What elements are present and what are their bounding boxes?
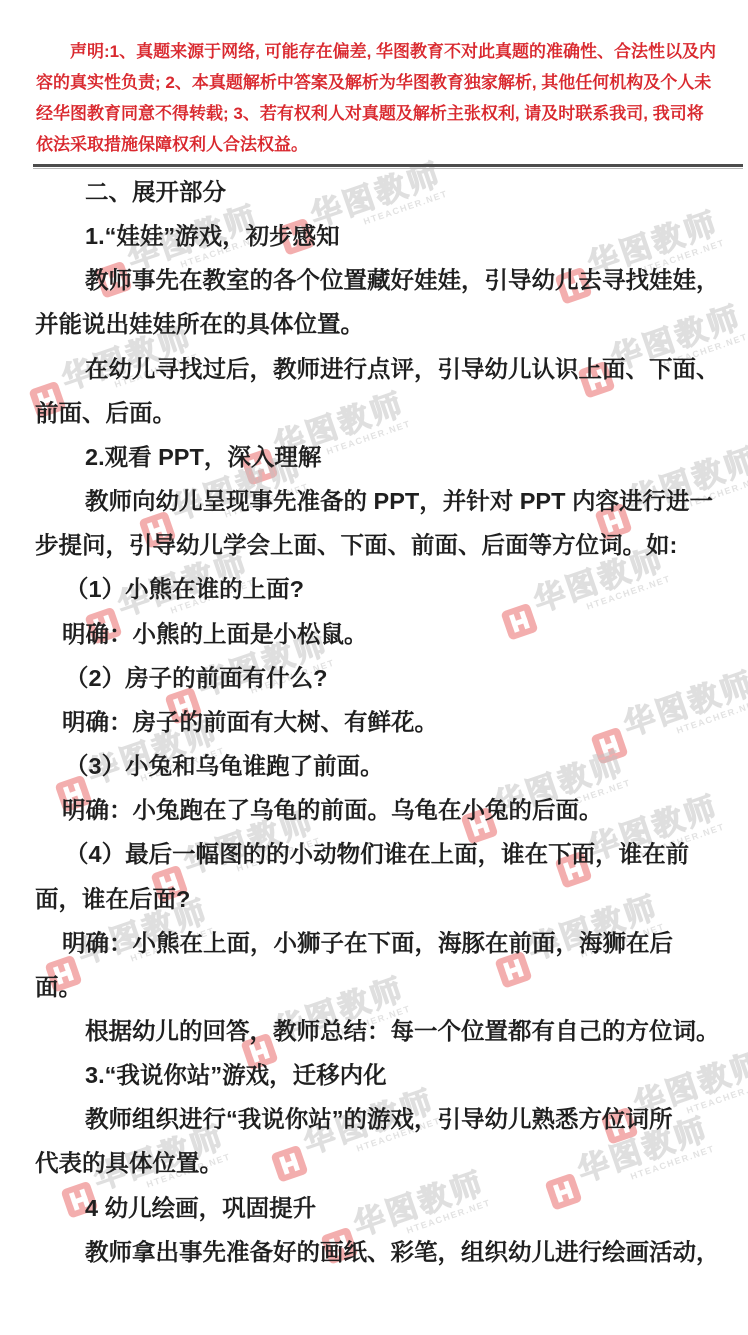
question-line: （4）最后一幅图的的小动物们谁在上面，谁在下面，谁在前: [35, 832, 748, 876]
disclaimer-line: 经华图教育同意不得转载; 3、若有权利人对真题及解析主张权利, 请及时联系我司,…: [36, 98, 722, 129]
paragraph-line: 前面、后面。: [35, 391, 748, 435]
disclaimer-paragraph: 声明:1、真题来源于网络, 可能存在偏差, 华图教育不对此真题的准确性、合法性以…: [36, 36, 722, 160]
section-heading: 二、展开部分: [35, 170, 748, 214]
paragraph-line: 1.“娃娃”游戏，初步感知: [35, 214, 748, 258]
paragraph-line: 教师向幼儿呈现事先准备的 PPT，并针对 PPT 内容进行进一: [35, 479, 748, 523]
paragraph-line: 在幼儿寻找过后，教师进行点评，引导幼儿认识上面、下面、: [35, 347, 748, 391]
paragraph-line: 4 幼儿绘画，巩固提升: [35, 1186, 748, 1230]
paragraph-line: 教师拿出事先准备好的画纸、彩笔，组织幼儿进行绘画活动，: [35, 1230, 748, 1274]
disclaimer-label: 声明:: [70, 42, 110, 61]
lesson-plan-body: 二、展开部分 1.“娃娃”游戏，初步感知 教师事先在教室的各个位置藏好娃娃，引导…: [35, 170, 748, 1274]
question-line: （2）房子的前面有什么?: [35, 656, 748, 700]
disclaimer-line: 容的真实性负责; 2、本真题解析中答案及解析为华图教育独家解析, 其他任何机构及…: [36, 67, 722, 98]
answer-line: 明确：房子的前面有大树、有鲜花。: [35, 700, 748, 744]
question-line: （3）小兔和乌龟谁跑了前面。: [35, 744, 748, 788]
paragraph-line: 代表的具体位置。: [35, 1141, 748, 1185]
disclaimer-text: 1、真题来源于网络, 可能存在偏差, 华图教育不对此真题的准确性、合法性以及内: [110, 42, 716, 61]
paragraph-line: 教师组织进行“我说你站”的游戏，引导幼儿熟悉方位词所: [35, 1097, 748, 1141]
paragraph-line: 根据幼儿的回答，教师总结：每一个位置都有自己的方位词。: [35, 1009, 748, 1053]
document-page: 华图教师HTEACHER.NET 华图教师HTEACHER.NET 华图教师HT…: [0, 0, 748, 1335]
paragraph-line: 步提问，引导幼儿学会上面、下面、前面、后面等方位词。如:: [35, 523, 748, 567]
disclaimer-line: 声明:1、真题来源于网络, 可能存在偏差, 华图教育不对此真题的准确性、合法性以…: [36, 36, 722, 67]
answer-line: 明确：小兔跑在了乌龟的前面。乌龟在小兔的后面。: [35, 788, 748, 832]
question-line: 面，谁在后面?: [35, 877, 748, 921]
answer-line: 明确：小熊的上面是小松鼠。: [35, 612, 748, 656]
divider-rule: [33, 164, 743, 169]
paragraph-line: 教师事先在教室的各个位置藏好娃娃，引导幼儿去寻找娃娃，: [35, 258, 748, 302]
paragraph-line: 3.“我说你站”游戏，迁移内化: [35, 1053, 748, 1097]
question-line: （1）小熊在谁的上面?: [35, 567, 748, 611]
answer-line: 明确：小熊在上面，小狮子在下面，海豚在前面，海狮在后: [35, 921, 748, 965]
disclaimer-line: 依法采取措施保障权利人合法权益。: [36, 129, 722, 160]
paragraph-line: 2.观看 PPT，深入理解: [35, 435, 748, 479]
document-content: 声明:1、真题来源于网络, 可能存在偏差, 华图教育不对此真题的准确性、合法性以…: [0, 36, 748, 1274]
answer-line: 面。: [35, 965, 748, 1009]
paragraph-line: 并能说出娃娃所在的具体位置。: [35, 302, 748, 346]
